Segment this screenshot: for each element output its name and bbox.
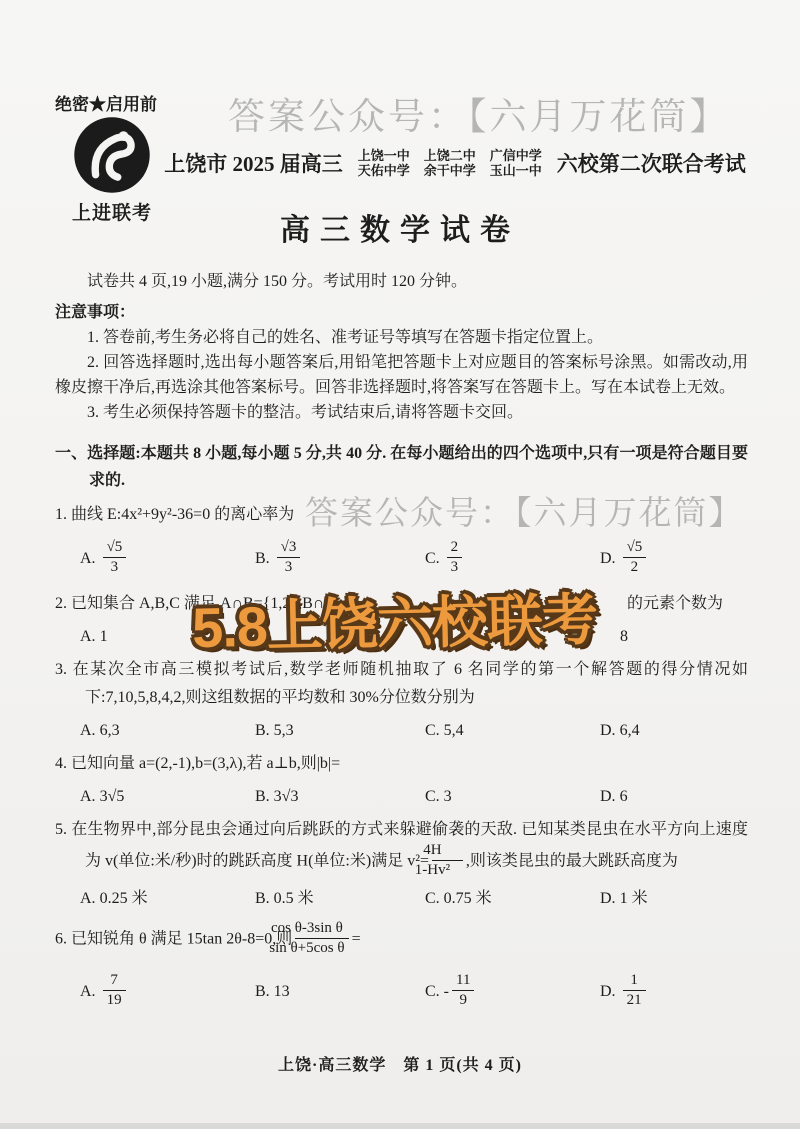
option-b: B.√33	[255, 533, 303, 585]
section-heading: 一、选择题:本题共 8 小题,每小题 5 分,共 40 分. 在每小题给出的四个…	[55, 440, 748, 494]
school-name: 余干中学	[424, 163, 476, 178]
numerator: 2	[447, 539, 463, 558]
denominator: 3	[103, 558, 127, 576]
option-c: C.3	[425, 782, 452, 812]
option-value: 5,4	[444, 722, 464, 739]
numerator: cos θ-3sin θ	[295, 920, 348, 939]
option-label: C.	[425, 788, 440, 805]
option-label: D.	[600, 722, 616, 739]
school-name: 上饶一中	[358, 148, 410, 163]
question-1-options: A.√53 B.√33 C.23 D.√52	[55, 533, 748, 588]
option-b: B.5,3	[255, 716, 294, 746]
denominator: 3	[447, 558, 463, 576]
option-b: B.13	[255, 966, 290, 1018]
option-value: 3√5	[100, 788, 125, 805]
fraction: 23	[447, 539, 463, 575]
stamp-overlay: 5.8上饶六校联考	[191, 588, 597, 660]
option-a: A.1	[80, 622, 108, 652]
page-title: 高三数学试卷	[0, 205, 800, 249]
option-value: 0.5 米	[274, 890, 314, 907]
option-a: A.3√5	[80, 782, 124, 812]
question-3-text: 3. 在某次全市高三模拟考试后,数学老师随机抽取了 6 名同学的第一个解答题的得…	[55, 656, 748, 712]
school-name: 广信中学	[490, 148, 542, 163]
option-c: C.0.75 米	[425, 884, 492, 914]
option-label: B.	[255, 788, 270, 805]
option-c: C.-119	[425, 966, 477, 1018]
fraction: 121	[623, 972, 646, 1008]
numerator: 7	[103, 972, 126, 991]
option-d: D.√52	[600, 533, 649, 585]
option-label: B.	[255, 983, 270, 1000]
option-a: A.6,3	[80, 716, 120, 746]
question-6-options: A.719 B.13 C.-119 D.121	[55, 966, 748, 1021]
numerator: √5	[623, 539, 647, 558]
school-name: 玉山一中	[490, 163, 542, 178]
notice-item: 2. 回答选择题时,选出每小题答案后,用铅笔把答题卡上对应题目的答案标号涂黑。如…	[55, 350, 748, 400]
fraction: √33	[277, 539, 301, 575]
option-value: 1	[100, 628, 108, 645]
question-2-fragment: 的元素个数为	[627, 590, 723, 618]
fraction: √53	[103, 539, 127, 575]
option-label: C.	[425, 722, 440, 739]
question-5-text: 5. 在生物界中,部分昆虫会通过向后跳跃的方式来躲避偷袭的天敌. 已知某类昆虫在…	[55, 816, 748, 880]
option-value: 13	[274, 983, 290, 1000]
option-d: D.6,4	[600, 716, 640, 746]
option-value: 6,3	[100, 722, 120, 739]
option-label: B.	[255, 550, 270, 567]
question-6-text: 6. 已知锐角 θ 满足 15tan 2θ-8=0,则cos θ-3sin θs…	[55, 922, 748, 958]
school-column: 广信中学 玉山一中	[490, 148, 542, 178]
option-label: C.	[425, 550, 440, 567]
denominator: 21	[623, 991, 646, 1009]
school-name: 上饶二中	[424, 148, 476, 163]
option-label: D.	[600, 890, 616, 907]
option-label: C.	[425, 890, 440, 907]
denominator: 19	[103, 991, 126, 1009]
option-b: B.3√3	[255, 782, 298, 812]
option-label: D.	[600, 550, 616, 567]
option-label: A.	[80, 983, 96, 1000]
option-a: A.719	[80, 966, 129, 1018]
option-value: 1 米	[620, 890, 648, 907]
minus-sign: -	[444, 983, 449, 1000]
page-footer: 上饶·高三数学 第 1 页(共 4 页)	[0, 1052, 800, 1075]
meta-line: 试卷共 4 页,19 小题,满分 150 分。考试用时 120 分钟。	[55, 270, 748, 294]
header-prefix: 上饶市 2025 届高三	[164, 148, 343, 178]
classification-label: 绝密★启用前	[55, 90, 157, 115]
fraction: 719	[103, 972, 126, 1008]
question-1-text: 1. 曲线 E:4x²+9y²-36=0 的离心率为	[55, 501, 748, 529]
numerator: 1	[623, 972, 646, 991]
school-column: 上饶二中 余干中学	[424, 148, 476, 178]
school-column: 上饶一中 天佑中学	[358, 148, 410, 178]
option-label: A.	[80, 788, 96, 805]
option-d: D.1 米	[600, 884, 648, 914]
denominator: 9	[452, 991, 474, 1009]
notice-heading: 注意事项：	[55, 300, 748, 325]
denominator: 2	[623, 558, 647, 576]
option-label: D.	[600, 983, 616, 1000]
option-a: A.0.25 米	[80, 884, 148, 914]
option-c: C.23	[425, 533, 465, 585]
school-name: 天佑中学	[358, 163, 410, 178]
school-list: 上饶一中 天佑中学 上饶二中 余干中学 广信中学 玉山一中	[351, 148, 549, 178]
swirl-logo-icon	[71, 114, 153, 196]
option-label: B.	[255, 890, 270, 907]
option-d: D.6	[600, 782, 628, 812]
option-label: A.	[80, 550, 96, 567]
option-value: 0.25 米	[100, 890, 148, 907]
notice-item: 3. 考生必须保持答题卡的整洁。考试结束后,请将答题卡交回。	[55, 400, 748, 425]
option-value: 6,4	[620, 722, 640, 739]
watermark-top: 答案公众号：【六月万花筒】	[228, 86, 730, 140]
numerator: √3	[277, 539, 301, 558]
numerator: √5	[103, 539, 127, 558]
option-c: C.5,4	[425, 716, 464, 746]
fraction: √52	[623, 539, 647, 575]
option-label: D.	[600, 788, 616, 805]
notice-item: 1. 答卷前,考生务必将自己的姓名、准考证号等填写在答题卡指定位置上。	[55, 325, 748, 350]
option-value: 3√3	[274, 788, 299, 805]
fraction: cos θ-3sin θsin θ+5cos θ	[295, 920, 348, 956]
numerator: 4H	[432, 842, 463, 861]
option-label: A.	[80, 628, 96, 645]
option-value: 0.75 米	[444, 890, 492, 907]
option-label: C.	[425, 983, 440, 1000]
option-label: A.	[80, 722, 96, 739]
question-5-options: A.0.25 米 B.0.5 米 C.0.75 米 D.1 米	[55, 884, 748, 916]
header-suffix: 六校第二次联合考试	[557, 148, 746, 178]
denominator: 3	[277, 558, 301, 576]
denominator: sin θ+5cos θ	[295, 939, 348, 957]
question-3-options: A.6,3 B.5,3 C.5,4 D.6,4	[55, 716, 748, 748]
option-label: A.	[80, 890, 96, 907]
exam-page: 答案公众号：【六月万花筒】 答案公众号：【六月万花筒】 绝密★启用前 上进联考 …	[0, 0, 800, 1129]
question-6-part-a: 6. 已知锐角 θ 满足 15tan 2θ-8=0,则	[55, 931, 292, 948]
option-b: B.0.5 米	[255, 884, 314, 914]
option-d-fragment: 8	[620, 622, 628, 652]
option-d: D.121	[600, 966, 649, 1018]
option-value: 3	[444, 788, 452, 805]
question-4-text: 4. 已知向量 a=(2,-1),b=(3,λ),若 a⊥b,则|b|=	[55, 750, 748, 778]
exam-header-line: 上饶市 2025 届高三 上饶一中 天佑中学 上饶二中 余干中学 广信中学 玉山…	[150, 148, 760, 178]
fraction: 4H1-Hv²	[432, 842, 463, 878]
question-4-options: A.3√5 B.3√3 C.3 D.6	[55, 782, 748, 814]
option-a: A.√53	[80, 533, 129, 585]
option-value: 6	[620, 788, 628, 805]
denominator: 1-Hv²	[432, 861, 463, 879]
scan-bottom-edge	[0, 1123, 800, 1129]
option-label: B.	[255, 722, 270, 739]
option-value: 5,3	[274, 722, 294, 739]
option-value: 8	[620, 628, 628, 645]
question-6-part-b: =	[352, 931, 361, 948]
fraction: 119	[452, 972, 474, 1008]
question-5-part-b: ,则该类昆虫的最大跳跃高度为	[466, 853, 678, 870]
numerator: 11	[452, 972, 474, 991]
